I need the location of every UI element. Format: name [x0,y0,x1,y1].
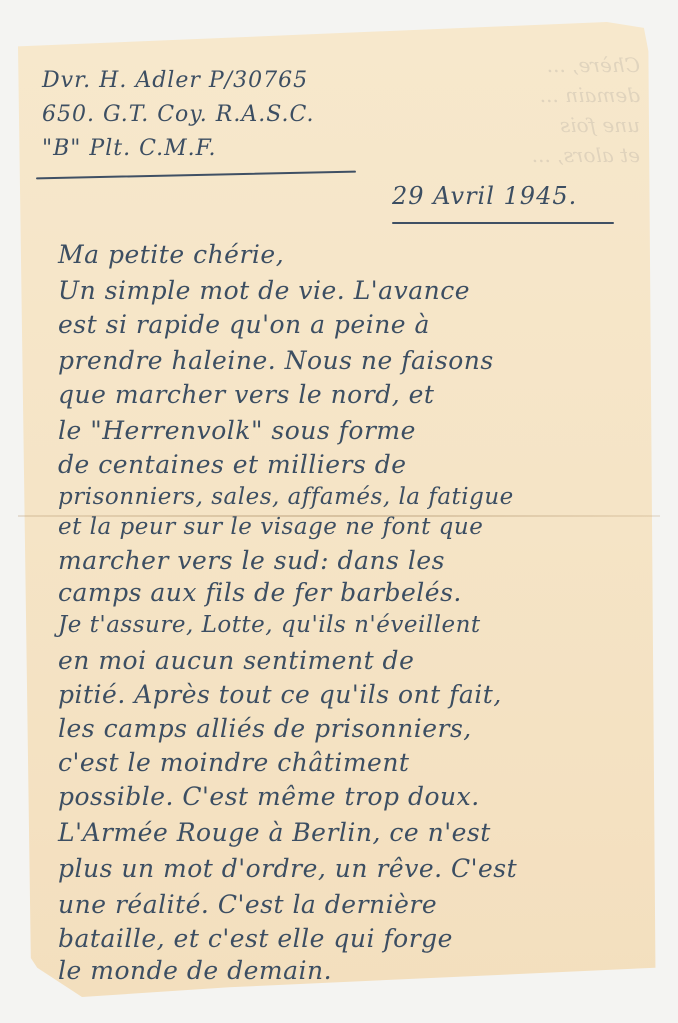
body-line: plus un mot d'ordre, un rêve. C'est [58,854,517,883]
body-line: prisonniers, sales, affamés, la fatigue [58,484,514,510]
body-line: une réalité. C'est la dernière [58,890,437,919]
letter-date: 29 Avril 1945. [392,182,577,210]
date-underline [392,222,614,224]
body-line: est si rapide qu'on a peine à [58,310,430,339]
sender-unit: 650. G.T. Coy. R.A.S.C. [42,102,315,127]
sender-platoon: "B" Plt. C.M.F. [42,136,216,161]
body-line: Je t'assure, Lotte, qu'ils n'éveillent [58,612,481,638]
body-line: prendre haleine. Nous ne faisons [58,346,494,375]
bleed-line: demain ... [440,80,640,110]
body-line: possible. C'est même trop doux. [58,782,480,811]
body-line: le monde de demain. [58,956,332,985]
body-line: et la peur sur le visage ne font que [58,514,483,540]
bleed-line: une fois [440,110,640,140]
body-line: le "Herrenvolk" sous forme [58,416,416,445]
body-line: camps aux fils de fer barbelés. [58,578,462,607]
bleed-line: et alors, ... [440,140,640,170]
body-line: bataille, et c'est elle qui forge [58,924,453,953]
body-line: L'Armée Rouge à Berlin, ce n'est [58,818,491,847]
body-line: pitié. Après tout ce qu'ils ont fait, [58,680,502,709]
body-line: les camps alliés de prisonniers, [58,714,472,743]
body-line: marcher vers le sud: dans les [58,546,445,575]
sender-name-number: Dvr. H. Adler P/30765 [42,68,308,93]
bleed-line: Chère, ... [440,50,640,80]
salutation: Ma petite chérie, [58,240,284,269]
body-line: en moi aucun sentiment de [58,646,414,675]
body-line: c'est le moindre châtiment [58,748,409,777]
body-line: que marcher vers le nord, et [58,380,434,409]
body-line: de centaines et milliers de [58,450,407,479]
body-line: Un simple mot de vie. L'avance [58,276,470,305]
bleed-through-text: Chère, ... demain ... une fois et alors,… [440,50,640,170]
